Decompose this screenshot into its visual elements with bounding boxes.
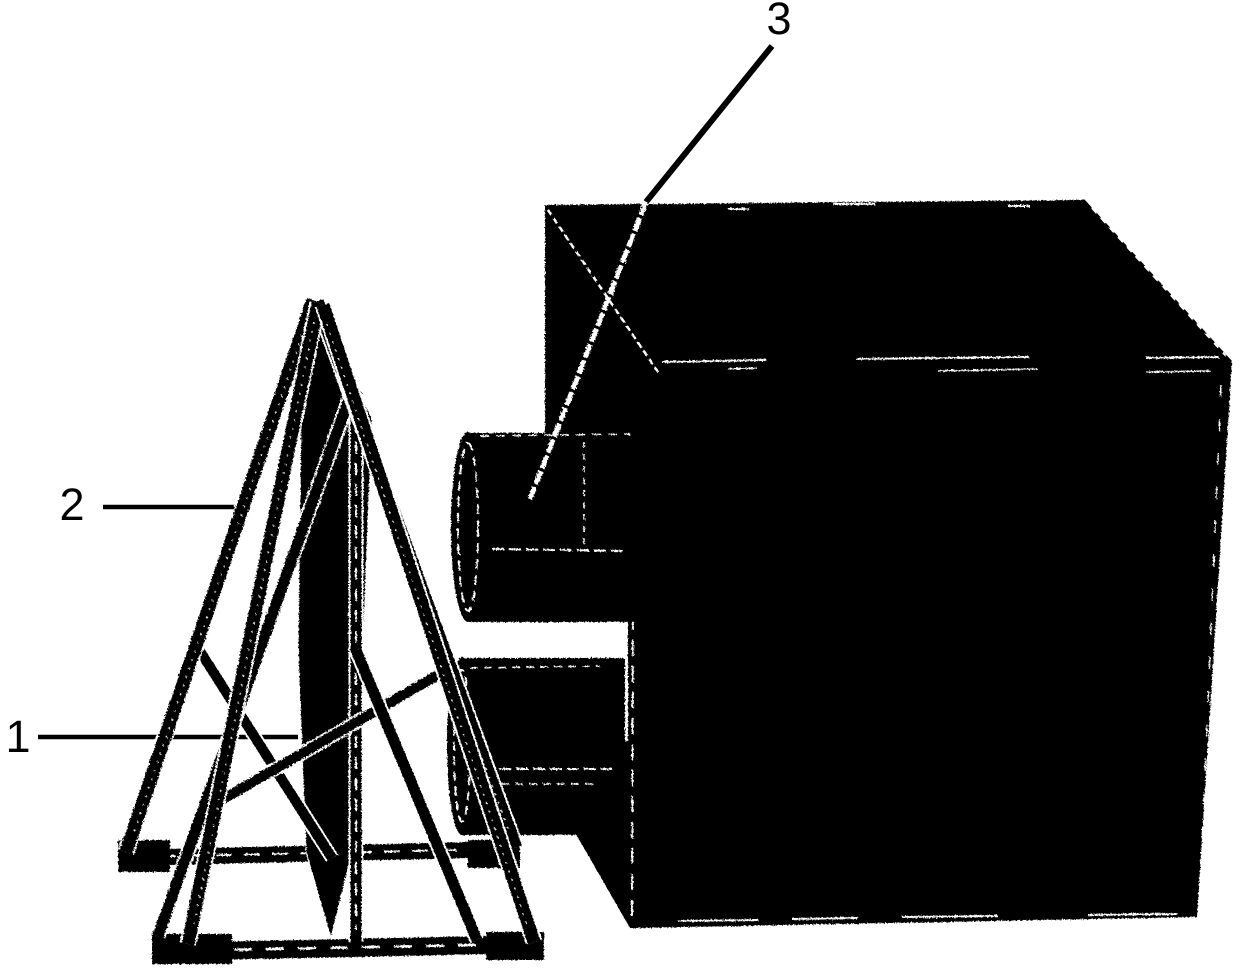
part-label-1: 1: [0, 714, 40, 759]
part-label-2: 2: [50, 482, 94, 527]
housing-silhouette: [545, 200, 1232, 928]
figure-canvas: 1 2 3: [0, 0, 1240, 975]
fan-housing-box: [545, 200, 1233, 928]
technical-drawing: [0, 0, 1240, 975]
truss-support-frame: [118, 300, 544, 964]
part-label-3: 3: [757, 0, 801, 41]
leader-line-3: [646, 46, 772, 202]
